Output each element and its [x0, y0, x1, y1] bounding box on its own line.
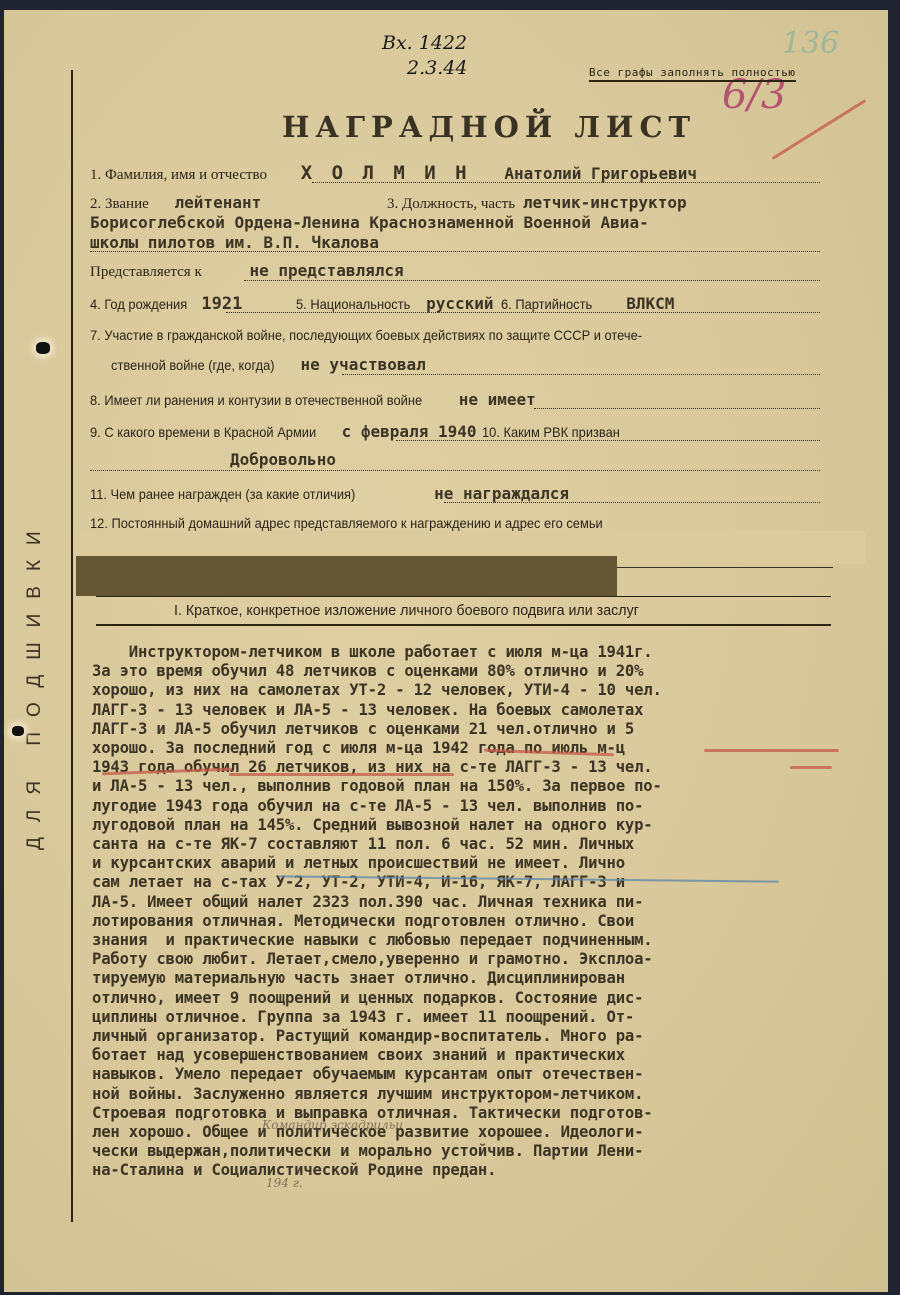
punch-hole-icon	[12, 726, 24, 736]
field-label: 10. Каким РВК призван	[482, 424, 620, 440]
body-line: лен хорошо. Общее и политическое развити…	[92, 1123, 892, 1142]
surname-value: Х О Л М И Н	[301, 162, 471, 184]
name-value: Анатолий Григорьевич	[504, 164, 697, 183]
body-line: хорошо, из них на самолетах УТ-2 - 12 че…	[92, 681, 892, 700]
field-birth-nationality-party: 4. Год рождения 1921 5. Национальность р…	[90, 294, 674, 314]
field-label: 6. Партийность	[501, 296, 592, 312]
body-line: на-Сталина и Социалистической Родине пре…	[92, 1161, 892, 1180]
award-sheet-paper: ДЛЯ ПОДШИВКИ Вх. 1422 2.3.44 136 6/3 Все…	[4, 10, 888, 1292]
body-line: ной войны. Заслуженно является лучшим ин…	[92, 1085, 892, 1104]
section-title: I. Краткое, конкретное изложение личного…	[174, 602, 639, 619]
field-label: 12. Постоянный домашний адрес представля…	[90, 515, 603, 531]
field-label: 8. Имеет ли ранения и контузии в отечест…	[90, 392, 422, 408]
presented-value: не представлялся	[250, 261, 404, 280]
field-label: 1. Фамилия, имя и отчество	[90, 167, 267, 183]
war-participation-value: не участвовал	[301, 355, 426, 374]
party-value: ВЛКСМ	[626, 294, 674, 313]
field-war-participation: 7. Участие в гражданской войне, последую…	[90, 327, 690, 345]
previous-awards-value: не награждался	[434, 484, 569, 503]
registry-date: 2.3.44	[407, 57, 467, 79]
body-line: отлично, имеет 9 поощрений и ценных пода…	[92, 989, 892, 1008]
bleed-through-text: 194 г.	[266, 1176, 303, 1190]
body-line: ботает над усовершенствованием своих зна…	[92, 1046, 892, 1065]
field-previous-awards: 11. Чем ранее награжден (за какие отличи…	[90, 484, 569, 504]
fill-line	[244, 280, 820, 281]
fill-line	[534, 408, 820, 409]
rank-value: лейтенант	[175, 193, 262, 212]
section-bottom-rule	[96, 624, 831, 626]
field-army-since: 9. С какого времени в Красной Армии с фе…	[90, 422, 632, 442]
red-underline	[704, 749, 839, 752]
field-label: 4. Год рождения	[90, 296, 187, 312]
body-line: тируемую материальную часть знает отличн…	[92, 969, 892, 988]
field-label: 9. С какого времени в Красной Армии	[90, 424, 316, 440]
body-line: За это время обучил 48 летчиков с оценка…	[92, 662, 892, 681]
field-label: Представляется к	[90, 264, 202, 280]
field-label: 5. Национальность	[296, 296, 410, 312]
archive-green-number: 136	[782, 26, 839, 61]
position-value: летчик-инструктор	[523, 193, 687, 212]
binding-margin-label: ДЛЯ ПОДШИВКИ	[24, 490, 64, 850]
fill-line	[90, 470, 820, 471]
merit-description: Инструктором-летчиком в школе работает с…	[92, 643, 892, 1181]
unit-value-line3: школы пилотов им. В.П. Чкалова	[90, 233, 379, 252]
field-presented-for: Представляется к не представлялся	[90, 261, 404, 281]
body-line: ЛАГГ-3 - 13 человек и ЛА-5 - 13 человек.…	[92, 701, 892, 720]
fill-line	[444, 502, 820, 503]
fill-line	[226, 312, 820, 313]
body-line: сам летает на с-тах У-2, УТ-2, УТИ-4, И-…	[92, 873, 892, 892]
field-rank-position: 2. Звание лейтенант 3. Должность, часть …	[90, 193, 687, 213]
redaction-block	[76, 556, 617, 596]
body-line: ЛАГГ-3 и ЛА-5 обучил летчиков с оценками…	[92, 720, 892, 739]
body-line: Работу свою любит. Летает,смело,уверенно…	[92, 950, 892, 969]
bleed-through-text: Командир эскадрильи	[262, 1118, 403, 1132]
body-line: лугодовой план на 145%. Средний вывозной…	[92, 816, 892, 835]
section-top-rule	[96, 596, 831, 597]
red-underline	[229, 773, 454, 776]
body-line: и курсантских аварий и летных происшеств…	[92, 854, 892, 873]
registry-number: Вх. 1422	[382, 32, 467, 54]
binding-margin-line	[71, 70, 73, 1222]
body-line: личный организатор. Растущий командир-во…	[92, 1027, 892, 1046]
unit-value-line2: Борисоглебской Ордена-Ленина Краснознаме…	[90, 213, 649, 232]
instruction-note: Все графы заполнять полностью	[589, 66, 796, 82]
fill-line	[396, 440, 820, 441]
body-line: и ЛА-5 - 13 чел., выполнив годовой план …	[92, 777, 892, 796]
field-war-participation-cont: ственной войне (где, когда) не участвова…	[111, 355, 426, 375]
fill-line	[90, 251, 820, 252]
fill-line	[312, 182, 820, 183]
field-full-name: 1. Фамилия, имя и отчество Х О Л М И Н А…	[90, 162, 697, 184]
field-label: 11. Чем ранее награжден (за какие отличи…	[90, 486, 355, 502]
fill-line	[617, 567, 833, 568]
document-title: НАГРАДНОЙ ЛИСТ	[282, 110, 696, 144]
punch-hole-icon	[36, 342, 50, 354]
body-line: лугодие 1943 года обучил на с-те ЛА-5 - …	[92, 797, 892, 816]
conscription-value: Добровольно	[230, 450, 336, 469]
body-line: циплины отличное. Группа за 1943 г. имее…	[92, 1008, 892, 1027]
army-since-value: с февраля 1940	[342, 422, 477, 441]
body-line: Инструктором-летчиком в школе работает с…	[92, 643, 892, 662]
body-line: Строевая подготовка и выправка отличная.…	[92, 1104, 892, 1123]
field-wounds: 8. Имеет ли ранения и контузии в отечест…	[90, 390, 536, 410]
nationality-value: русский	[426, 294, 493, 313]
field-label: 2. Звание	[90, 196, 149, 212]
body-line: санта на с-те ЯК-7 составляют 11 пол. 6 …	[92, 835, 892, 854]
body-line: чески выдержан,политически и морально ус…	[92, 1142, 892, 1161]
wounds-value: не имеет	[459, 390, 536, 409]
field-label: 3. Должность, часть	[387, 196, 515, 212]
body-line: ЛА-5. Имеет общий налет 2323 пол.390 час…	[92, 893, 892, 912]
field-label: 7. Участие в гражданской войне, последую…	[90, 327, 642, 343]
birth-year-value: 1921	[201, 294, 242, 314]
field-label: ственной войне (где, когда)	[111, 357, 275, 373]
body-line: лотирования отличная. Методически подгот…	[92, 912, 892, 931]
body-line: навыков. Умело передает обучаемым курсан…	[92, 1065, 892, 1084]
red-underline	[790, 766, 832, 769]
body-line: знания и практические навыки с любовью п…	[92, 931, 892, 950]
fill-line	[342, 374, 820, 375]
